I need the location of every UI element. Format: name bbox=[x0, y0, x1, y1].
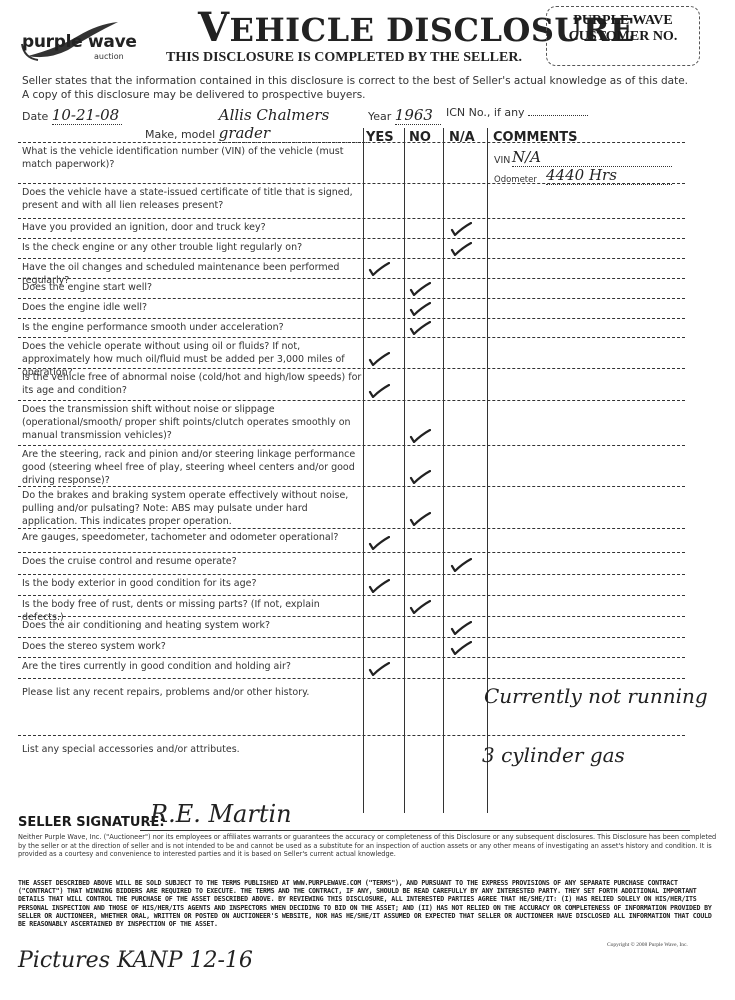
question-row: Do the brakes and braking system operate… bbox=[22, 489, 362, 528]
date-field[interactable]: Date 10-21-08 bbox=[22, 106, 122, 125]
row-divider bbox=[18, 678, 685, 679]
checkmark-icon[interactable] bbox=[409, 301, 431, 315]
footer-handwritten-note: Pictures KANP 12-16 bbox=[18, 948, 253, 973]
accessories-value[interactable]: 3 cylinder gas bbox=[482, 743, 625, 767]
checkmark-icon[interactable] bbox=[409, 511, 431, 525]
row-divider bbox=[18, 400, 685, 401]
disclaimer-text: Neither Purple Wave, Inc. ("Auctioneer")… bbox=[18, 833, 718, 859]
question-row: Does the cruise control and resume opera… bbox=[22, 555, 362, 568]
checkmark-icon[interactable] bbox=[409, 281, 431, 295]
seller-signature-value[interactable]: R.E. Martin bbox=[150, 800, 292, 828]
date-value: 10-21-08 bbox=[52, 106, 122, 125]
icn-field[interactable]: ICN No., if any bbox=[446, 106, 588, 119]
row-divider bbox=[18, 258, 685, 259]
row-divider bbox=[18, 552, 685, 553]
history-value[interactable]: Currently not running bbox=[484, 684, 708, 708]
vin-label: VIN bbox=[494, 155, 510, 166]
checkmark-icon[interactable] bbox=[409, 599, 431, 613]
checkmark-icon[interactable] bbox=[368, 661, 390, 675]
intro-text: Seller states that the information conta… bbox=[22, 74, 722, 102]
row-divider bbox=[18, 238, 685, 239]
question-row: Does the engine idle well? bbox=[22, 301, 362, 314]
column-divider bbox=[363, 128, 364, 813]
question-row: Does the engine start well? bbox=[22, 281, 362, 294]
logo-subtext: auction bbox=[94, 52, 124, 61]
column-divider bbox=[487, 128, 488, 813]
question-row: Are the tires currently in good conditio… bbox=[22, 660, 362, 673]
make-model-field[interactable]: Make, model Allis Chalmers grader bbox=[145, 106, 367, 143]
row-divider bbox=[18, 142, 685, 143]
signature-line bbox=[140, 830, 690, 831]
row-divider bbox=[18, 318, 685, 319]
year-value: 1963 bbox=[395, 106, 441, 125]
checkmark-icon[interactable] bbox=[409, 428, 431, 442]
checkmark-icon[interactable] bbox=[368, 578, 390, 592]
checkmark-icon[interactable] bbox=[368, 351, 390, 365]
accessories-label: List any special accessories and/or attr… bbox=[22, 743, 362, 756]
history-label: Please list any recent repairs, problems… bbox=[22, 686, 362, 699]
question-row: Have you provided an ignition, door and … bbox=[22, 221, 362, 234]
page-subtitle: THIS DISCLOSURE IS COMPLETED BY THE SELL… bbox=[166, 50, 522, 66]
vin-value[interactable]: N/A bbox=[512, 148, 672, 167]
question-row: Is the engine performance smooth under a… bbox=[22, 321, 362, 334]
row-divider bbox=[18, 218, 685, 219]
terms-text: THE ASSET DESCRIBED ABOVE WILL BE SOLD S… bbox=[18, 879, 718, 928]
row-divider bbox=[18, 337, 685, 338]
odometer-value[interactable]: 4440 Hrs bbox=[546, 166, 672, 185]
copyright-text: Copyright © 2008 Purple Wave, Inc. bbox=[607, 942, 688, 948]
odometer-label: Odometer bbox=[494, 175, 537, 185]
checkmark-icon[interactable] bbox=[450, 221, 472, 235]
checkmark-icon[interactable] bbox=[450, 557, 472, 571]
customer-number-box[interactable]: PURPLE WAVE CUSTOMER NO. bbox=[546, 6, 700, 66]
checkmark-icon[interactable] bbox=[409, 320, 431, 334]
question-row: Is the check engine or any other trouble… bbox=[22, 241, 362, 254]
question-row: Is the body exterior in good condition f… bbox=[22, 577, 362, 590]
question-row: Does the transmission shift without nois… bbox=[22, 403, 362, 442]
column-divider bbox=[443, 128, 444, 813]
logo-wordmark: purple wave bbox=[22, 32, 137, 52]
year-field[interactable]: Year 1963 bbox=[368, 106, 441, 125]
icn-value bbox=[528, 115, 588, 116]
checkmark-icon[interactable] bbox=[450, 640, 472, 654]
row-divider bbox=[18, 735, 685, 736]
checkmark-icon[interactable] bbox=[450, 620, 472, 634]
row-divider bbox=[18, 298, 685, 299]
row-divider bbox=[18, 445, 685, 446]
question-row: Are the steering, rack and pinion and/or… bbox=[22, 448, 362, 487]
checkmark-icon[interactable] bbox=[368, 261, 390, 275]
question-row: Does the air conditioning and heating sy… bbox=[22, 619, 362, 632]
checkmark-icon[interactable] bbox=[409, 469, 431, 483]
make-model-value: Allis Chalmers grader bbox=[219, 106, 367, 143]
question-row: Does the stereo system work? bbox=[22, 640, 362, 653]
row-divider bbox=[18, 657, 685, 658]
question-row: What is the vehicle identification numbe… bbox=[22, 145, 362, 171]
column-divider bbox=[404, 128, 405, 813]
seller-signature-label: SELLER SIGNATURE: bbox=[18, 815, 165, 830]
checkmark-icon[interactable] bbox=[368, 383, 390, 397]
purple-wave-logo: purple wave auction bbox=[18, 14, 138, 66]
row-divider bbox=[18, 528, 685, 529]
checkmark-icon[interactable] bbox=[368, 535, 390, 549]
row-divider bbox=[18, 595, 685, 596]
row-divider bbox=[18, 637, 685, 638]
checkmark-icon[interactable] bbox=[450, 241, 472, 255]
row-divider bbox=[18, 574, 685, 575]
question-row: Are gauges, speedometer, tachometer and … bbox=[22, 531, 362, 544]
question-row: Does the vehicle have a state-issued cer… bbox=[22, 186, 362, 212]
question-row: Is the vehicle free of abnormal noise (c… bbox=[22, 371, 362, 397]
